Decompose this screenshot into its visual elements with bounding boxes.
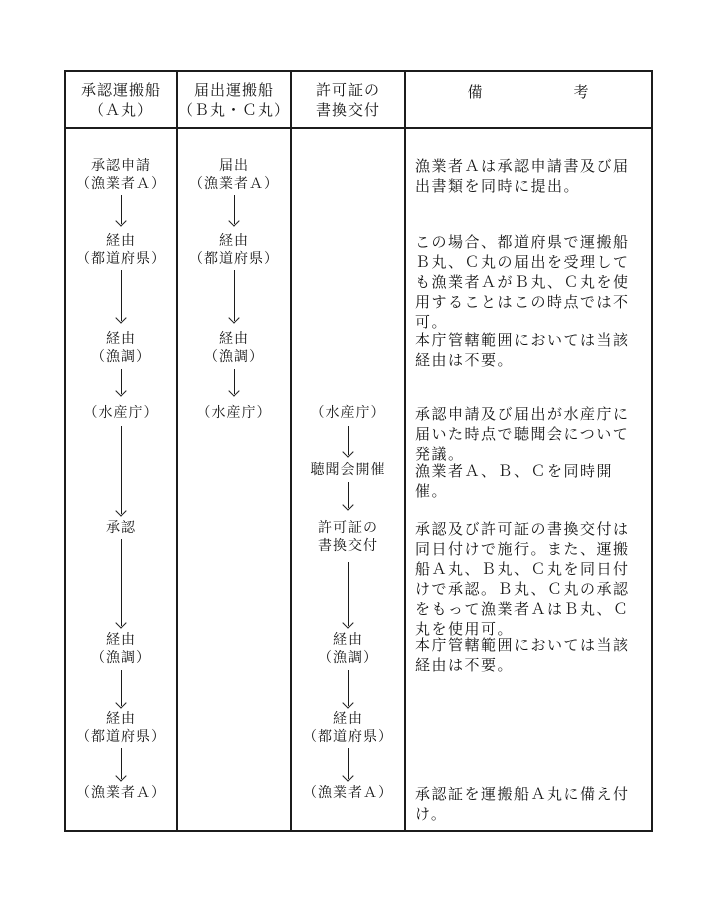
arrow-shaft <box>121 426 122 514</box>
flow-node-line: （水産庁） <box>66 405 176 423</box>
down-arrow-icon <box>342 748 354 781</box>
flow-node: 聴聞会開催 <box>292 462 404 480</box>
flow-node-line: 経由 <box>66 632 176 650</box>
remark-text: 本庁管轄範囲においては当該経由は不要。 <box>415 636 644 676</box>
down-arrow-icon <box>342 426 354 457</box>
arrow-head <box>342 446 353 457</box>
flow-node-line: 聴聞会開催 <box>292 462 404 480</box>
down-arrow-icon <box>228 270 240 323</box>
flow-node: （漁業者Ａ） <box>66 785 176 803</box>
header-notified-vessel-line2: （Ｂ丸・Ｃ丸） <box>178 101 290 121</box>
flow-column-approved-vessel: 承認申請（漁業者Ａ）経由（都道府県）経由（漁調）（水産庁）承認経由（漁調）経由（… <box>66 129 178 830</box>
arrow-head <box>115 505 126 516</box>
arrow-head <box>342 770 353 781</box>
flow-node-line: 届出 <box>178 158 290 176</box>
flow-node: 許可証の書換交付 <box>292 520 404 556</box>
flow-node: 経由（都道府県） <box>292 711 404 747</box>
flow-node-line: （漁調） <box>178 349 290 367</box>
flow-node-line: （漁業者Ａ） <box>292 785 404 803</box>
flow-node-line: （漁業者Ａ） <box>66 176 176 194</box>
flow-column-license-rewrite: （水産庁）聴聞会開催許可証の書換交付経由（漁調）経由（都道府県）（漁業者Ａ） <box>292 129 406 830</box>
flow-node: 承認申請（漁業者Ａ） <box>66 158 176 194</box>
flow-node-line: 承認 <box>66 520 176 538</box>
flow-node-line: （漁調） <box>66 650 176 668</box>
arrow-head <box>115 770 126 781</box>
arrow-head <box>115 312 126 323</box>
flow-node-line: 経由 <box>66 331 176 349</box>
down-arrow-icon <box>115 195 127 226</box>
flow-node-line: （都道府県） <box>292 729 404 747</box>
arrow-head <box>228 385 239 396</box>
flow-node-line: 許可証の <box>292 520 404 538</box>
header-remarks: 備 考 <box>406 72 651 129</box>
flow-node: 経由（漁調） <box>66 331 176 367</box>
flow-node-line: 経由 <box>292 711 404 729</box>
arrow-head <box>342 617 353 628</box>
down-arrow-icon <box>228 195 240 226</box>
header-approved-vessel-line2: （Ａ丸） <box>89 101 153 121</box>
vessel-approval-flow-table: 承認運搬船 （Ａ丸） 届出運搬船 （Ｂ丸・Ｃ丸） 許可証の 書換交付 備 考 承… <box>64 70 653 832</box>
arrow-head <box>115 617 126 628</box>
flow-node-line: （都道府県） <box>66 251 176 269</box>
remark-text: 承認申請及び届出が水産庁に届いた時点で聴聞会について発議。 <box>415 405 644 465</box>
down-arrow-icon <box>115 426 127 516</box>
down-arrow-icon <box>342 670 354 708</box>
header-license-rewrite: 許可証の 書換交付 <box>292 72 406 129</box>
arrow-head <box>115 385 126 396</box>
flow-node: （水産庁） <box>178 405 290 423</box>
header-notified-vessel: 届出運搬船 （Ｂ丸・Ｃ丸） <box>178 72 292 129</box>
remark-text: この場合、都道府県で運搬船Ｂ丸、Ｃ丸の届出を受理しても漁業者ＡがＢ丸、Ｃ丸を使用… <box>415 233 644 333</box>
remark-text: 漁業者Ａ、Ｂ、Ｃを同時開催。 <box>415 462 644 502</box>
down-arrow-icon <box>115 270 127 323</box>
down-arrow-icon <box>115 369 127 396</box>
document-page: 承認運搬船 （Ａ丸） 届出運搬船 （Ｂ丸・Ｃ丸） 許可証の 書換交付 備 考 承… <box>0 0 713 912</box>
arrow-head <box>342 499 353 510</box>
flow-node: 経由（漁調） <box>66 632 176 668</box>
header-approved-vessel: 承認運搬船 （Ａ丸） <box>66 72 178 129</box>
arrow-shaft <box>121 539 122 626</box>
arrow-head <box>342 697 353 708</box>
table-body-row: 承認申請（漁業者Ａ）経由（都道府県）経由（漁調）（水産庁）承認経由（漁調）経由（… <box>66 129 651 830</box>
remark-text: 承認証を運搬船Ａ丸に備え付け。 <box>415 785 644 825</box>
flow-node: 経由（都道府県） <box>66 711 176 747</box>
header-remarks-char-right: 考 <box>574 83 590 103</box>
flow-node-line: 経由 <box>66 233 176 251</box>
flow-node-line: （都道府県） <box>66 729 176 747</box>
remarks-column: 漁業者Ａは承認申請書及び届出書類を同時に提出。この場合、都道府県で運搬船Ｂ丸、Ｃ… <box>406 129 651 830</box>
flow-node-line: （漁業者Ａ） <box>178 176 290 194</box>
flow-node: 経由（都道府県） <box>66 233 176 269</box>
flow-node-line: （都道府県） <box>178 251 290 269</box>
header-license-rewrite-line2: 書換交付 <box>316 101 380 121</box>
down-arrow-icon <box>115 539 127 628</box>
down-arrow-icon <box>228 369 240 396</box>
flow-node-line: 経由 <box>292 632 404 650</box>
flow-node: 届出（漁業者Ａ） <box>178 158 290 194</box>
flow-node: 経由（漁調） <box>178 331 290 367</box>
remark-text: 本庁管轄範囲においては当該経由は不要。 <box>415 331 644 371</box>
remark-text: 漁業者Ａは承認申請書及び届出書類を同時に提出。 <box>415 157 644 197</box>
arrow-head <box>228 215 239 226</box>
flow-column-notified-vessel: 届出（漁業者Ａ）経由（都道府県）経由（漁調）（水産庁） <box>178 129 292 830</box>
arrow-head <box>115 697 126 708</box>
flow-node: （水産庁） <box>66 405 176 423</box>
down-arrow-icon <box>342 562 354 628</box>
flow-node-line: 経由 <box>178 331 290 349</box>
flow-node-line: （漁調） <box>292 650 404 668</box>
flow-node: 経由（都道府県） <box>178 233 290 269</box>
flow-node-line: 経由 <box>178 233 290 251</box>
flow-node: 承認 <box>66 520 176 538</box>
flow-node: （漁業者Ａ） <box>292 785 404 803</box>
arrow-head <box>115 215 126 226</box>
flow-node-line: （漁業者Ａ） <box>66 785 176 803</box>
header-approved-vessel-line1: 承認運搬船 <box>81 81 161 101</box>
flow-node-line: 書換交付 <box>292 538 404 556</box>
header-license-rewrite-line1: 許可証の <box>316 81 380 101</box>
down-arrow-icon <box>115 670 127 708</box>
flow-node-line: （水産庁） <box>292 405 404 423</box>
flow-node-line: （漁調） <box>66 349 176 367</box>
flow-node-line: 経由 <box>66 711 176 729</box>
header-notified-vessel-line1: 届出運搬船 <box>194 81 274 101</box>
table-header-row: 承認運搬船 （Ａ丸） 届出運搬船 （Ｂ丸・Ｃ丸） 許可証の 書換交付 備 考 <box>66 72 651 129</box>
arrow-head <box>228 312 239 323</box>
header-remarks-char-left: 備 <box>467 83 483 103</box>
flow-node-line: 承認申請 <box>66 158 176 176</box>
flow-node: 経由（漁調） <box>292 632 404 668</box>
down-arrow-icon <box>115 748 127 781</box>
flow-node-line: （水産庁） <box>178 405 290 423</box>
down-arrow-icon <box>342 482 354 510</box>
flow-node: （水産庁） <box>292 405 404 423</box>
remark-text: 承認及び許可証の書換交付は同日付けで施行。また、運搬船Ａ丸、Ｂ丸、Ｃ丸を同日付け… <box>415 520 644 640</box>
